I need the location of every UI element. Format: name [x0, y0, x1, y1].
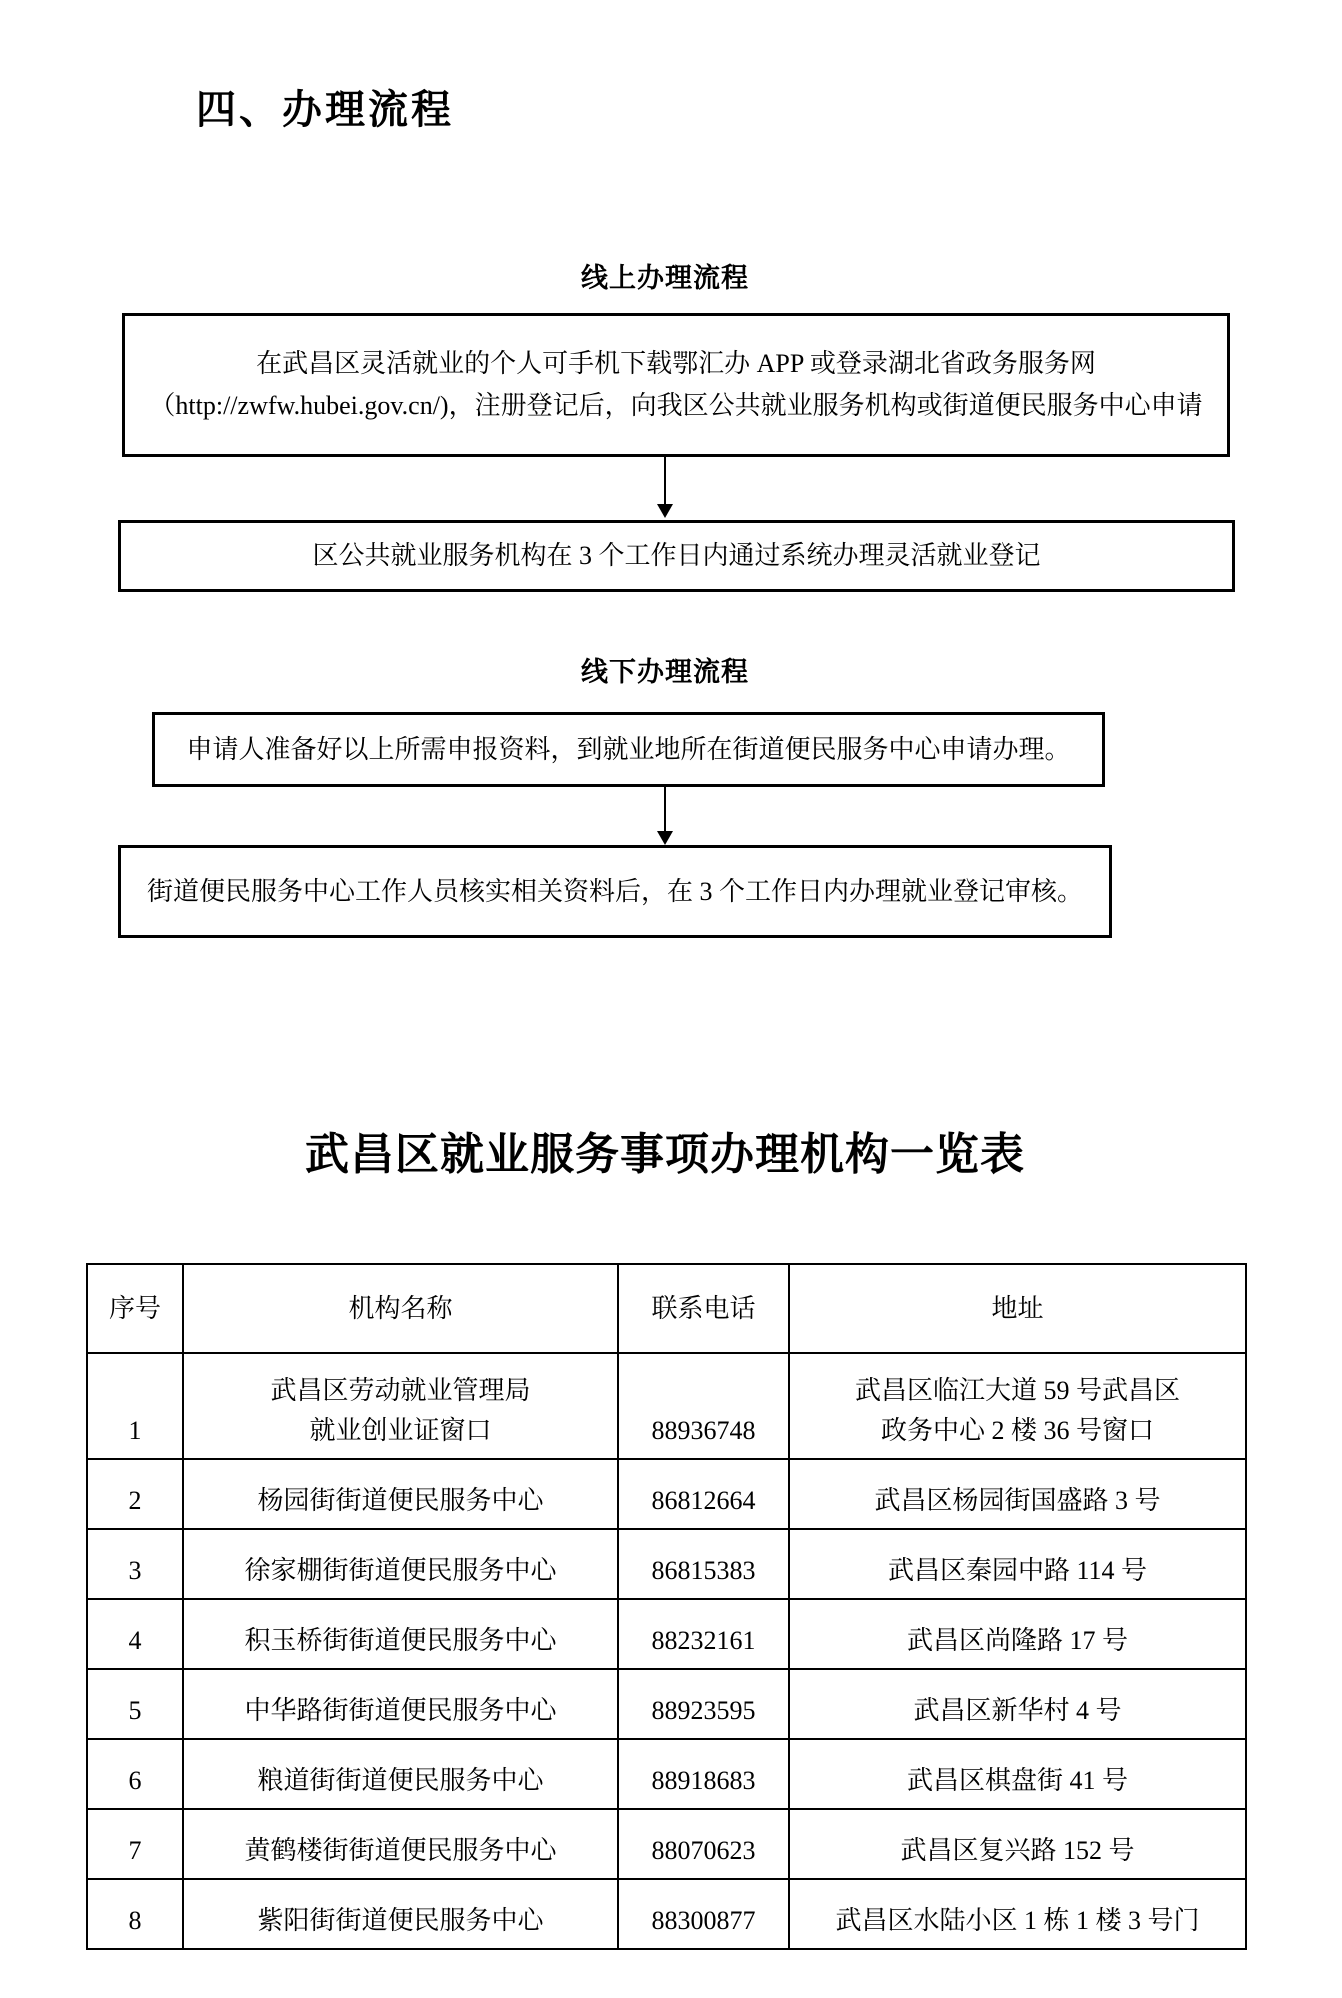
cell-no: 2	[87, 1459, 183, 1529]
cell-address: 武昌区秦园中路 114 号	[789, 1529, 1246, 1599]
table-row: 6 粮道街街道便民服务中心 88918683 武昌区棋盘街 41 号	[87, 1739, 1246, 1809]
agency-table: 序号 机构名称 联系电话 地址 1 武昌区劳动就业管理局 就业创业证窗口 889…	[86, 1263, 1247, 1950]
cell-name: 中华路街街道便民服务中心	[183, 1669, 618, 1739]
table-row: 4 积玉桥街街道便民服务中心 88232161 武昌区尚隆路 17 号	[87, 1599, 1246, 1669]
offline-flow-step-1: 申请人准备好以上所需申报资料，到就业地所在街道便民服务中心申请办理。	[152, 712, 1105, 787]
cell-phone: 88918683	[618, 1739, 789, 1809]
cell-no: 8	[87, 1879, 183, 1949]
header-phone: 联系电话	[618, 1264, 789, 1353]
flow-arrow-down-icon	[657, 787, 673, 845]
header-name: 机构名称	[183, 1264, 618, 1353]
arrow-stem	[664, 787, 666, 831]
table-row: 7 黄鹤楼街街道便民服务中心 88070623 武昌区复兴路 152 号	[87, 1809, 1246, 1879]
cell-no: 4	[87, 1599, 183, 1669]
cell-no: 1	[87, 1353, 183, 1459]
cell-phone: 86815383	[618, 1529, 789, 1599]
header-address: 地址	[789, 1264, 1246, 1353]
online-flow-title: 线上办理流程	[0, 256, 1330, 295]
cell-no: 7	[87, 1809, 183, 1879]
arrow-head	[657, 504, 673, 518]
offline-flow-step-1-text: 申请人准备好以上所需申报资料，到就业地所在街道便民服务中心申请办理。	[186, 729, 1070, 771]
offline-flow-step-2-text: 街道便民服务中心工作人员核实相关资料后，在 3 个工作日内办理就业登记审核。	[147, 871, 1083, 913]
table-header-row: 序号 机构名称 联系电话 地址	[87, 1264, 1246, 1353]
cell-address: 武昌区临江大道 59 号武昌区 政务中心 2 楼 36 号窗口	[789, 1353, 1246, 1459]
cell-address: 武昌区棋盘街 41 号	[789, 1739, 1246, 1809]
cell-name: 杨园街街道便民服务中心	[183, 1459, 618, 1529]
online-flow-step-1: 在武昌区灵活就业的个人可手机下载鄂汇办 APP 或登录湖北省政务服务网（http…	[122, 313, 1230, 457]
arrow-stem	[664, 457, 666, 504]
cell-no: 6	[87, 1739, 183, 1809]
cell-name: 徐家棚街街道便民服务中心	[183, 1529, 618, 1599]
cell-name: 积玉桥街街道便民服务中心	[183, 1599, 618, 1669]
cell-name: 紫阳街街道便民服务中心	[183, 1879, 618, 1949]
table-row: 8 紫阳街街道便民服务中心 88300877 武昌区水陆小区 1 栋 1 楼 3…	[87, 1879, 1246, 1949]
cell-phone: 86812664	[618, 1459, 789, 1529]
offline-flow-step-2: 街道便民服务中心工作人员核实相关资料后，在 3 个工作日内办理就业登记审核。	[118, 845, 1112, 938]
document-page: 四、办理流程 线上办理流程 在武昌区灵活就业的个人可手机下载鄂汇办 APP 或登…	[0, 0, 1342, 1998]
table-row: 3 徐家棚街街道便民服务中心 86815383 武昌区秦园中路 114 号	[87, 1529, 1246, 1599]
cell-no: 5	[87, 1669, 183, 1739]
cell-no: 3	[87, 1529, 183, 1599]
cell-name: 黄鹤楼街街道便民服务中心	[183, 1809, 618, 1879]
offline-flow-title: 线下办理流程	[0, 650, 1330, 689]
cell-phone: 88923595	[618, 1669, 789, 1739]
page-title: 四、办理流程	[196, 78, 454, 135]
cell-phone: 88070623	[618, 1809, 789, 1879]
cell-address: 武昌区杨园街国盛路 3 号	[789, 1459, 1246, 1529]
cell-address: 武昌区复兴路 152 号	[789, 1809, 1246, 1879]
cell-address: 武昌区新华村 4 号	[789, 1669, 1246, 1739]
arrow-head	[657, 831, 673, 845]
online-flow-step-2-text: 区公共就业服务机构在 3 个工作日内通过系统办理灵活就业登记	[312, 535, 1040, 577]
cell-name: 粮道街街道便民服务中心	[183, 1739, 618, 1809]
cell-address: 武昌区水陆小区 1 栋 1 楼 3 号门	[789, 1879, 1246, 1949]
cell-phone: 88300877	[618, 1879, 789, 1949]
table-row: 1 武昌区劳动就业管理局 就业创业证窗口 88936748 武昌区临江大道 59…	[87, 1353, 1246, 1459]
agency-table-title: 武昌区就业服务事项办理机构一览表	[0, 1118, 1330, 1182]
cell-name: 武昌区劳动就业管理局 就业创业证窗口	[183, 1353, 618, 1459]
header-no: 序号	[87, 1264, 183, 1353]
cell-address: 武昌区尚隆路 17 号	[789, 1599, 1246, 1669]
cell-phone: 88936748	[618, 1353, 789, 1459]
online-flow-step-1-text: 在武昌区灵活就业的个人可手机下载鄂汇办 APP 或登录湖北省政务服务网（http…	[141, 343, 1211, 427]
online-flow-step-2: 区公共就业服务机构在 3 个工作日内通过系统办理灵活就业登记	[118, 520, 1235, 592]
flow-arrow-down-icon	[657, 457, 673, 518]
cell-phone: 88232161	[618, 1599, 789, 1669]
table-row: 2 杨园街街道便民服务中心 86812664 武昌区杨园街国盛路 3 号	[87, 1459, 1246, 1529]
table-row: 5 中华路街街道便民服务中心 88923595 武昌区新华村 4 号	[87, 1669, 1246, 1739]
